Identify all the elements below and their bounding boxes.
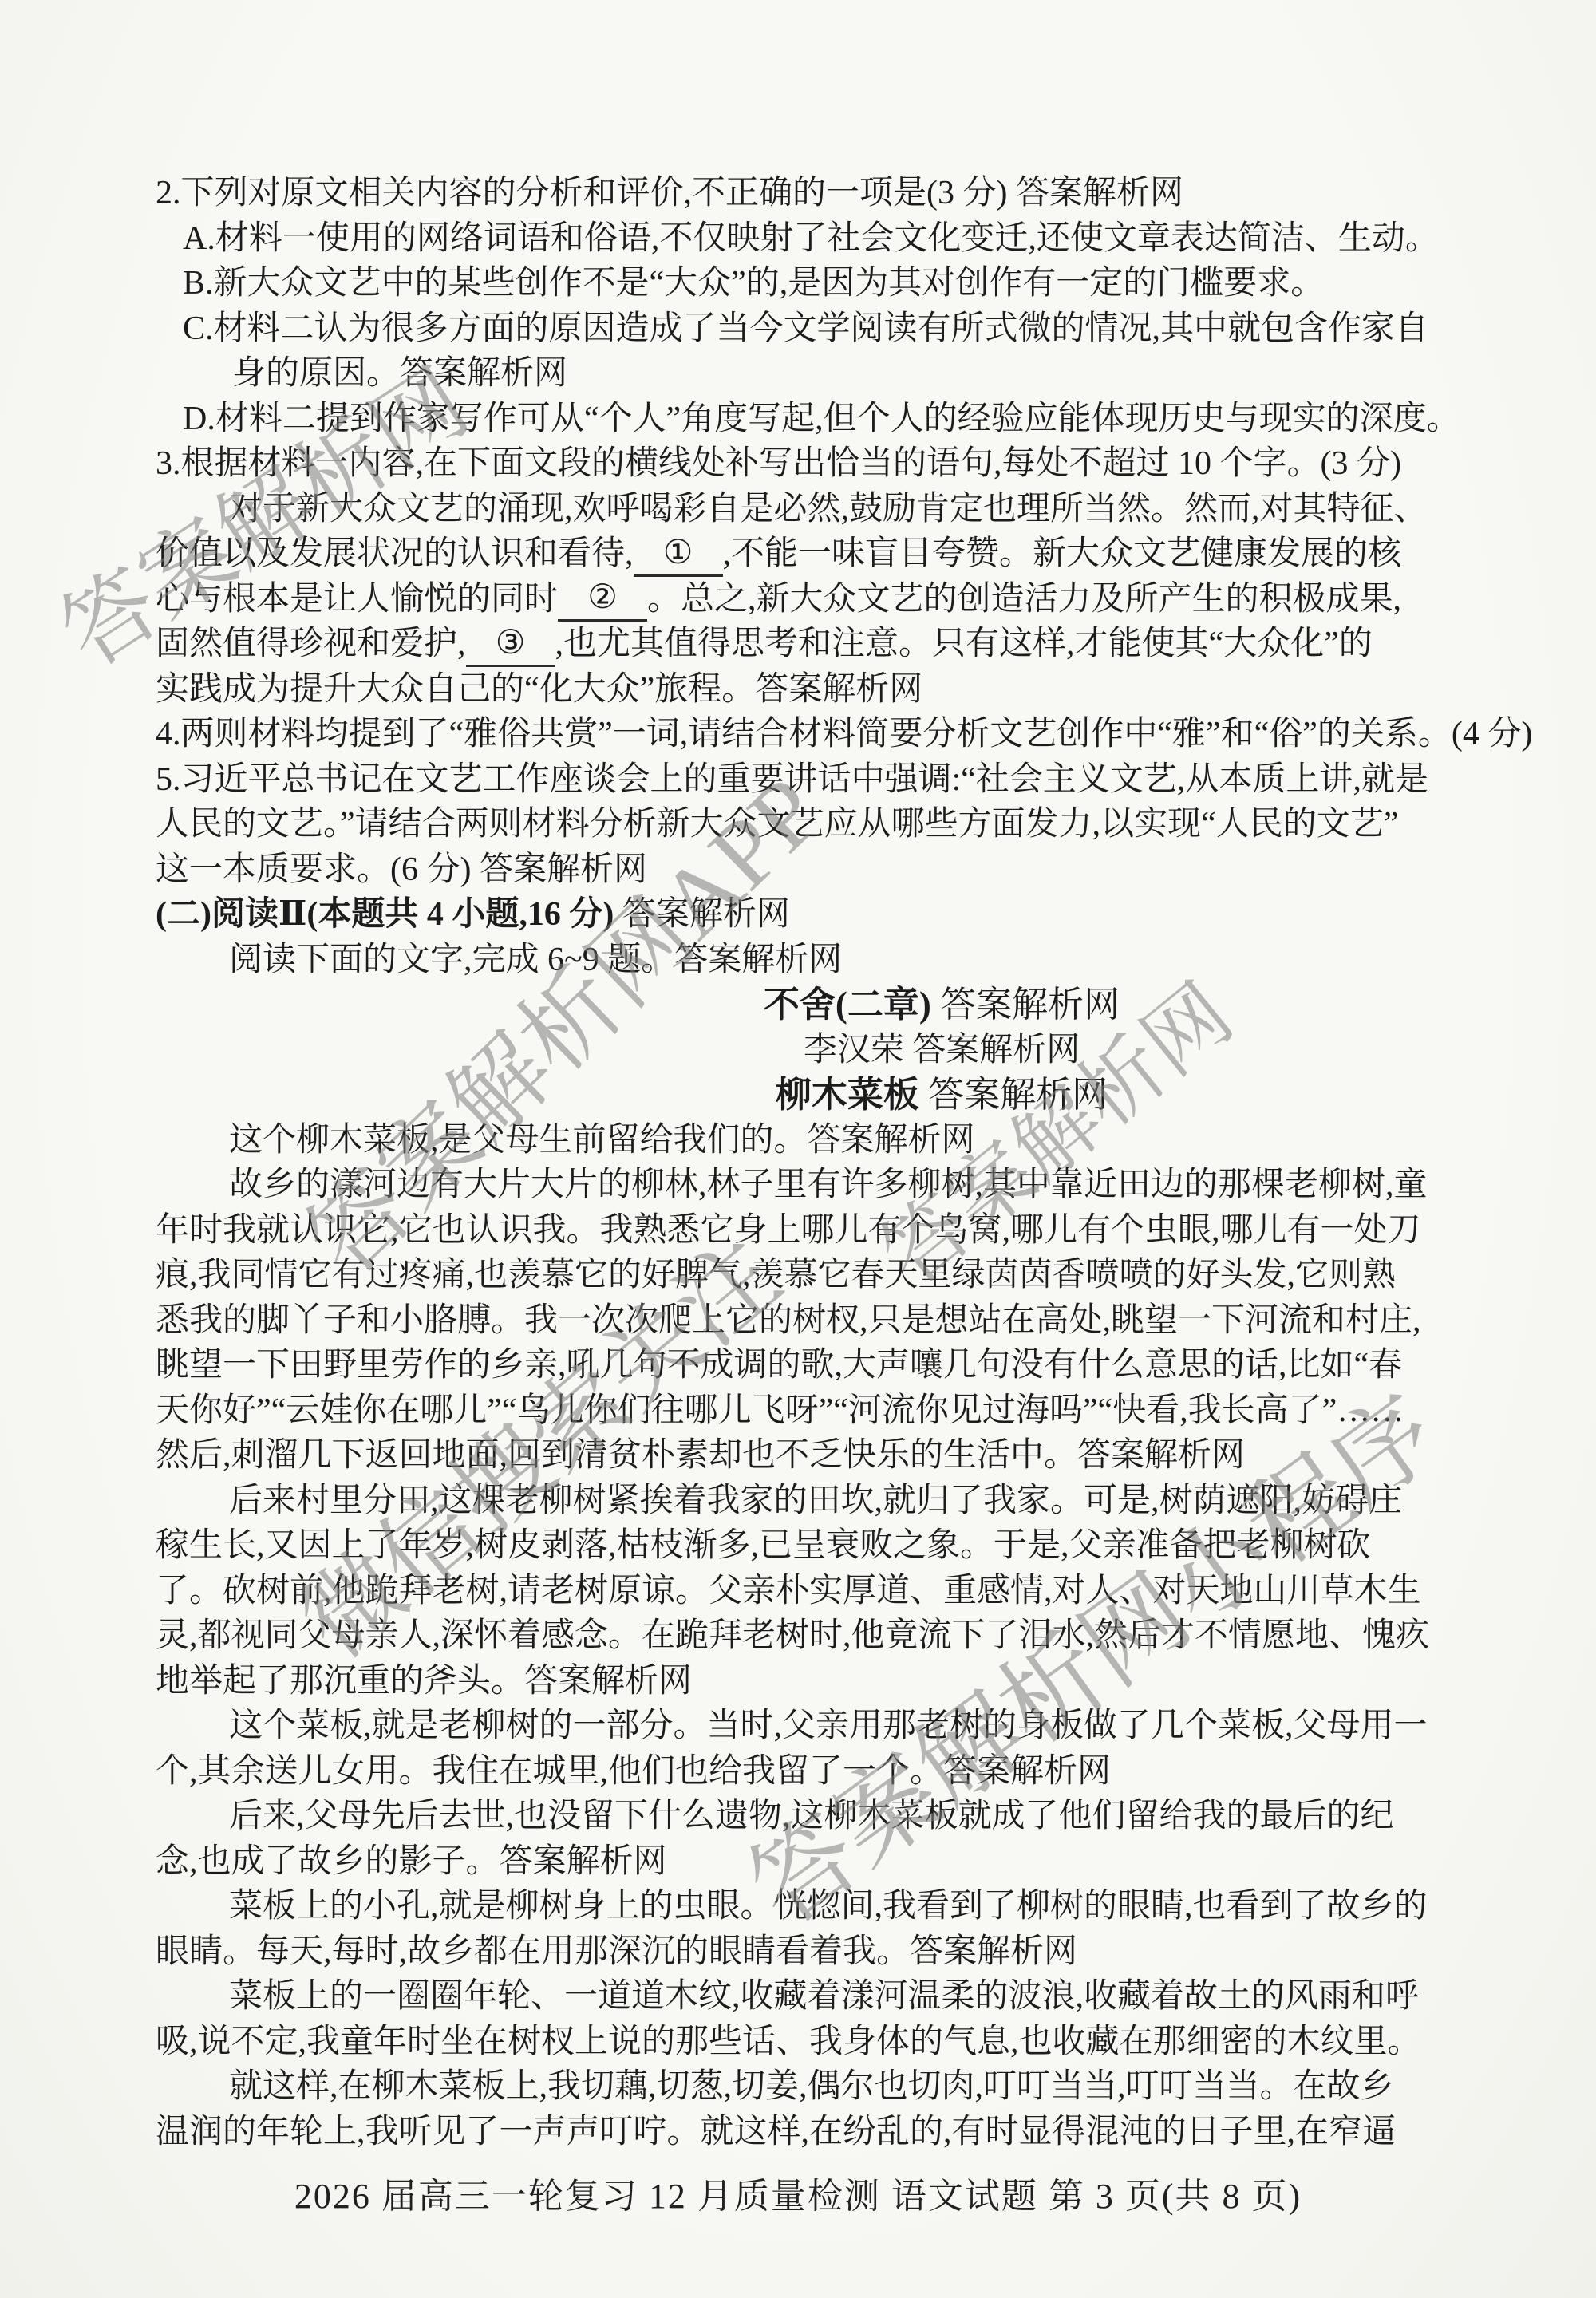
text-line: 心与根本是让人愉悦的同时②。总之,新大众文艺的创造活力及所产生的积极成果, bbox=[156, 577, 1560, 622]
text-segment: C.材料二认为很多方面的原因造成了当今文学阅读有所式微的情况,其中就包含作家自 bbox=[183, 310, 1428, 347]
text-line: 故乡的漾河边有大片大片的柳林,林子里有许多柳树,其中靠近田边的那棵老柳树,童 bbox=[156, 1163, 1560, 1208]
text-segment: 答案解析网 bbox=[931, 985, 1120, 1025]
text-segment: 天你好”“云娃你在哪儿”“鸟儿你们往哪儿飞呀”“河流你见过海吗”“快看,我长高了… bbox=[156, 1392, 1404, 1429]
text-line: 了。砍树前,他跪拜老树,请老树原谅。父亲朴实厚道、重感情,对人、对天地山川草木生 bbox=[156, 1569, 1560, 1614]
text-segment: 悉我的脚丫子和小胳膊。我一次次爬上它的树杈,只是想站在高处,眺望一下河流和村庄, bbox=[156, 1302, 1421, 1339]
text-line: 4.两则材料均提到了“雅俗共赏”一词,请结合材料简要分析文艺创作中“雅”和“俗”… bbox=[156, 712, 1560, 757]
text-line: B.新大众文艺中的某些创作不是“大众”的,是因为其对创作有一定的门槛要求。 bbox=[156, 261, 1560, 306]
text-line: 个,其余送儿女用。我住在城里,他们也给我留了一个。答案解析网 bbox=[156, 1749, 1560, 1795]
text-segment: 答案解析网 bbox=[919, 1075, 1108, 1115]
answer-blank: ② bbox=[558, 578, 647, 622]
scanned-exam-page: { "document": { "footer": "2026 届高三一轮复习 … bbox=[0, 0, 1596, 2298]
text-line: 温润的年轮上,我听见了一声声叮咛。就这样,在纷乱的,有时显得混沌的日子里,在窄逼 bbox=[156, 2110, 1560, 2155]
text-line: 地举起了那沉重的斧头。答案解析网 bbox=[156, 1659, 1560, 1704]
text-segment: 菜板上的一圈圈年轮、一道道木纹,收藏着漾河温柔的波浪,收藏着故土的风雨和呼 bbox=[229, 1978, 1419, 2015]
text-line: 这个菜板,就是老柳树的一部分。当时,父亲用那老树的身板做了几个菜板,父母用一 bbox=[156, 1704, 1560, 1749]
text-segment: (二)阅读Ⅱ(本题共 4 小题,16 分) bbox=[156, 896, 614, 933]
text-line: 就这样,在柳木菜板上,我切藕,切葱,切姜,偶尔也切肉,叮叮当当,叮叮当当。在故乡 bbox=[156, 2064, 1560, 2110]
text-segment: 心与根本是让人愉悦的同时 bbox=[156, 581, 558, 618]
text-segment: 念,也成了故乡的影子。答案解析网 bbox=[156, 1843, 667, 1880]
text-segment: 柳木菜板 bbox=[776, 1075, 919, 1115]
text-segment: 固然值得珍视和爱护, bbox=[156, 626, 466, 662]
text-line: 稼生长,又因上了年岁,树皮剥落,枯枝渐多,已呈衰败之象。于是,父亲准备把老柳树砍 bbox=[156, 1523, 1560, 1569]
text-segment: B.新大众文艺中的某些创作不是“大众”的,是因为其对创作有一定的门槛要求。 bbox=[183, 265, 1324, 302]
text-line: 人民的文艺。”请结合两则材料分析新大众文艺应从哪些方面发力,以实现“人民的文艺” bbox=[156, 802, 1560, 847]
text-segment: 这个柳木菜板,是父母生前留给我们的。答案解析网 bbox=[229, 1122, 975, 1159]
text-line: 身的原因。答案解析网 bbox=[156, 351, 1560, 397]
text-segment: ,不能一味盲目夸赞。新大众文艺健康发展的核 bbox=[723, 535, 1402, 572]
text-segment: 这个菜板,就是老柳树的一部分。当时,父亲用那老树的身板做了几个菜板,父母用一 bbox=[229, 1708, 1428, 1744]
text-line: 念,也成了故乡的影子。答案解析网 bbox=[156, 1839, 1560, 1885]
text-line: 阅读下面的文字,完成 6~9 题。答案解析网 bbox=[156, 938, 1560, 983]
text-segment: 2.下列对原文相关内容的分析和评价,不正确的一项是(3 分) 答案解析网 bbox=[156, 175, 1183, 211]
text-line: 后来,父母先后去世,也没留下什么遗物,这柳木菜板就成了他们留给我的最后的纪 bbox=[156, 1794, 1560, 1839]
text-line: 实践成为提升大众自己的“化大众”旅程。答案解析网 bbox=[156, 667, 1560, 713]
text-segment: 后来,父母先后去世,也没留下什么遗物,这柳木菜板就成了他们留给我的最后的纪 bbox=[229, 1798, 1394, 1834]
text-segment: 眼睛。每天,每时,故乡都在用那深沉的眼睛看着我。答案解析网 bbox=[156, 1933, 1077, 1970]
text-line: 这一本质要求。(6 分) 答案解析网 bbox=[156, 847, 1560, 893]
text-line: A.材料一使用的网络词语和俗语,不仅映射了社会文化变迁,还使文章表达简洁、生动。 bbox=[156, 216, 1560, 262]
text-line: 固然值得珍视和爱护,③,也尤其值得思考和注意。只有这样,才能使其“大众化”的 bbox=[156, 622, 1560, 667]
text-segment: 了。砍树前,他跪拜老树,请老树原谅。父亲朴实厚道、重感情,对人、对天地山川草木生 bbox=[156, 1573, 1421, 1609]
text-line: 天你好”“云娃你在哪儿”“鸟儿你们往哪儿飞呀”“河流你见过海吗”“快看,我长高了… bbox=[156, 1388, 1560, 1434]
text-line: 对于新大众文艺的涌现,欢呼喝彩自是必然,鼓励肯定也理所当然。然而,对其特征、 bbox=[156, 487, 1560, 532]
text-segment: 个,其余送儿女用。我住在城里,他们也给我留了一个。答案解析网 bbox=[156, 1753, 1111, 1790]
text-line: 年时我就认识它,它也认识我。我熟悉它身上哪儿有个鸟窝,哪儿有个虫眼,哪儿有一处刀 bbox=[156, 1208, 1560, 1254]
text-segment: 地举起了那沉重的斧头。答案解析网 bbox=[156, 1663, 692, 1700]
text-line: 然后,刺溜几下返回地面,回到清贫朴素却也不乏快乐的生活中。答案解析网 bbox=[156, 1433, 1560, 1479]
text-segment: ,也尤其值得思考和注意。只有这样,才能使其“大众化”的 bbox=[555, 626, 1373, 662]
text-line: 5.习近平总书记在文艺工作座谈会上的重要讲话中强调:“社会主义文艺,从本质上讲,… bbox=[156, 757, 1560, 803]
text-segment: 然后,刺溜几下返回地面,回到清贫朴素却也不乏快乐的生活中。答案解析网 bbox=[156, 1437, 1245, 1474]
text-segment: 温润的年轮上,我听见了一声声叮咛。就这样,在纷乱的,有时显得混沌的日子里,在窄逼 bbox=[156, 2114, 1396, 2150]
text-segment: 就这样,在柳木菜板上,我切藕,切葱,切姜,偶尔也切肉,叮叮当当,叮叮当当。在故乡 bbox=[229, 2068, 1394, 2105]
answer-blank: ① bbox=[634, 533, 723, 577]
answer-blank: ③ bbox=[466, 623, 555, 667]
text-segment: 。总之,新大众文艺的创造活力及所产生的积极成果, bbox=[647, 581, 1401, 618]
text-segment: 身的原因。答案解析网 bbox=[232, 355, 567, 392]
text-segment: 价值以及发展状况的认识和看待, bbox=[156, 535, 634, 572]
text-segment: 李汉荣 答案解析网 bbox=[804, 1032, 1080, 1068]
text-segment: 这一本质要求。(6 分) 答案解析网 bbox=[156, 851, 647, 888]
text-segment: 5.习近平总书记在文艺工作座谈会上的重要讲话中强调:“社会主义文艺,从本质上讲,… bbox=[156, 761, 1428, 798]
page-footer: 2026 届高三一轮复习 12 月质量检测 语文试题 第 3 页(共 8 页) bbox=[0, 2167, 1596, 2218]
text-segment: 3.根据材料一内容,在下面文段的横线处补写出恰当的语句,每处不超过 10 个字。… bbox=[156, 445, 1401, 482]
text-line: (二)阅读Ⅱ(本题共 4 小题,16 分) 答案解析网 bbox=[156, 892, 1560, 938]
text-segment: 阅读下面的文字,完成 6~9 题。答案解析网 bbox=[229, 942, 842, 978]
text-segment: 吸,说不定,我童年时坐在树杈上说的那些话、我身体的气息,也收藏在那细密的木纹里。 bbox=[156, 2024, 1421, 2060]
text-line: 痕,我同情它有过疼痛,也羡慕它的好脾气,羡慕它春天里绿茵茵香喷喷的好头发,它则熟 bbox=[156, 1253, 1560, 1298]
text-line: 眺望一下田野里劳作的乡亲,吼几句不成调的歌,大声嚷几句没有什么意思的话,比如“春 bbox=[156, 1343, 1560, 1388]
text-line: 价值以及发展状况的认识和看待,①,不能一味盲目夸赞。新大众文艺健康发展的核 bbox=[156, 531, 1560, 577]
text-line: 2.下列对原文相关内容的分析和评价,不正确的一项是(3 分) 答案解析网 bbox=[156, 171, 1560, 216]
text-line: 灵,都视同父母亲人,深怀着感念。在跪拜老树时,他竟流下了泪水,然后才不情愿地、愧… bbox=[156, 1613, 1560, 1659]
text-segment: 答案解析网 bbox=[614, 896, 790, 933]
text-line: 后来村里分田,这棵老柳树紧挨着我家的田坎,就归了我家。可是,树荫遮阳,妨碍庄 bbox=[156, 1479, 1560, 1524]
text-segment: A.材料一使用的网络词语和俗语,不仅映射了社会文化变迁,还使文章表达简洁、生动。 bbox=[183, 220, 1439, 257]
text-line: D.材料二提到作家写作可从“个人”角度写起,但个人的经验应能体现历史与现实的深度… bbox=[156, 397, 1560, 442]
text-segment: 痕,我同情它有过疼痛,也羡慕它的好脾气,羡慕它春天里绿茵茵香喷喷的好头发,它则熟 bbox=[156, 1257, 1396, 1293]
text-segment: 年时我就认识它,它也认识我。我熟悉它身上哪儿有个鸟窝,哪儿有个虫眼,哪儿有一处刀 bbox=[156, 1212, 1421, 1249]
text-segment: 菜板上的小孔,就是柳树身上的虫眼。恍惚间,我看到了柳树的眼睛,也看到了故乡的 bbox=[229, 1888, 1428, 1925]
exam-text-column: 2.下列对原文相关内容的分析和评价,不正确的一项是(3 分) 答案解析网A.材料… bbox=[156, 171, 1560, 2154]
text-line: 李汉荣 答案解析网 bbox=[156, 1028, 1560, 1073]
text-segment: D.材料二提到作家写作可从“个人”角度写起,但个人的经验应能体现历史与现实的深度… bbox=[183, 401, 1460, 437]
text-segment: 对于新大众文艺的涌现,欢呼喝彩自是必然,鼓励肯定也理所当然。然而,对其特征、 bbox=[229, 491, 1428, 527]
text-segment: 故乡的漾河边有大片大片的柳林,林子里有许多柳树,其中靠近田边的那棵老柳树,童 bbox=[229, 1167, 1428, 1203]
text-line: 柳木菜板 答案解析网 bbox=[156, 1072, 1560, 1118]
text-segment: 眺望一下田野里劳作的乡亲,吼几句不成调的歌,大声嚷几句没有什么意思的话,比如“春 bbox=[156, 1347, 1402, 1384]
text-line: 眼睛。每天,每时,故乡都在用那深沉的眼睛看着我。答案解析网 bbox=[156, 1929, 1560, 1975]
text-segment: 灵,都视同父母亲人,深怀着感念。在跪拜老树时,他竟流下了泪水,然后才不情愿地、愧… bbox=[156, 1617, 1429, 1654]
text-segment: 稼生长,又因上了年岁,树皮剥落,枯枝渐多,已呈衰败之象。于是,父亲准备把老柳树砍 bbox=[156, 1527, 1371, 1564]
text-segment: 实践成为提升大众自己的“化大众”旅程。答案解析网 bbox=[156, 671, 922, 708]
text-line: 悉我的脚丫子和小胳膊。我一次次爬上它的树杈,只是想站在高处,眺望一下河流和村庄, bbox=[156, 1298, 1560, 1344]
text-line: 吸,说不定,我童年时坐在树杈上说的那些话、我身体的气息,也收藏在那细密的木纹里。 bbox=[156, 2020, 1560, 2065]
text-segment: 不舍(二章) bbox=[764, 985, 931, 1025]
text-line: 菜板上的一圈圈年轮、一道道木纹,收藏着漾河温柔的波浪,收藏着故土的风雨和呼 bbox=[156, 1974, 1560, 2020]
text-line: 3.根据材料一内容,在下面文段的横线处补写出恰当的语句,每处不超过 10 个字。… bbox=[156, 441, 1560, 487]
text-segment: 人民的文艺。”请结合两则材料分析新大众文艺应从哪些方面发力,以实现“人民的文艺” bbox=[156, 806, 1398, 843]
text-segment: 后来村里分田,这棵老柳树紧挨着我家的田坎,就归了我家。可是,树荫遮阳,妨碍庄 bbox=[229, 1483, 1402, 1519]
text-line: 不舍(二章) 答案解析网 bbox=[156, 982, 1560, 1028]
text-line: 菜板上的小孔,就是柳树身上的虫眼。恍惚间,我看到了柳树的眼睛,也看到了故乡的 bbox=[156, 1884, 1560, 1929]
text-line: 这个柳木菜板,是父母生前留给我们的。答案解析网 bbox=[156, 1118, 1560, 1163]
text-line: C.材料二认为很多方面的原因造成了当今文学阅读有所式微的情况,其中就包含作家自 bbox=[156, 306, 1560, 352]
text-segment: 4.两则材料均提到了“雅俗共赏”一词,请结合材料简要分析文艺创作中“雅”和“俗”… bbox=[156, 716, 1532, 752]
